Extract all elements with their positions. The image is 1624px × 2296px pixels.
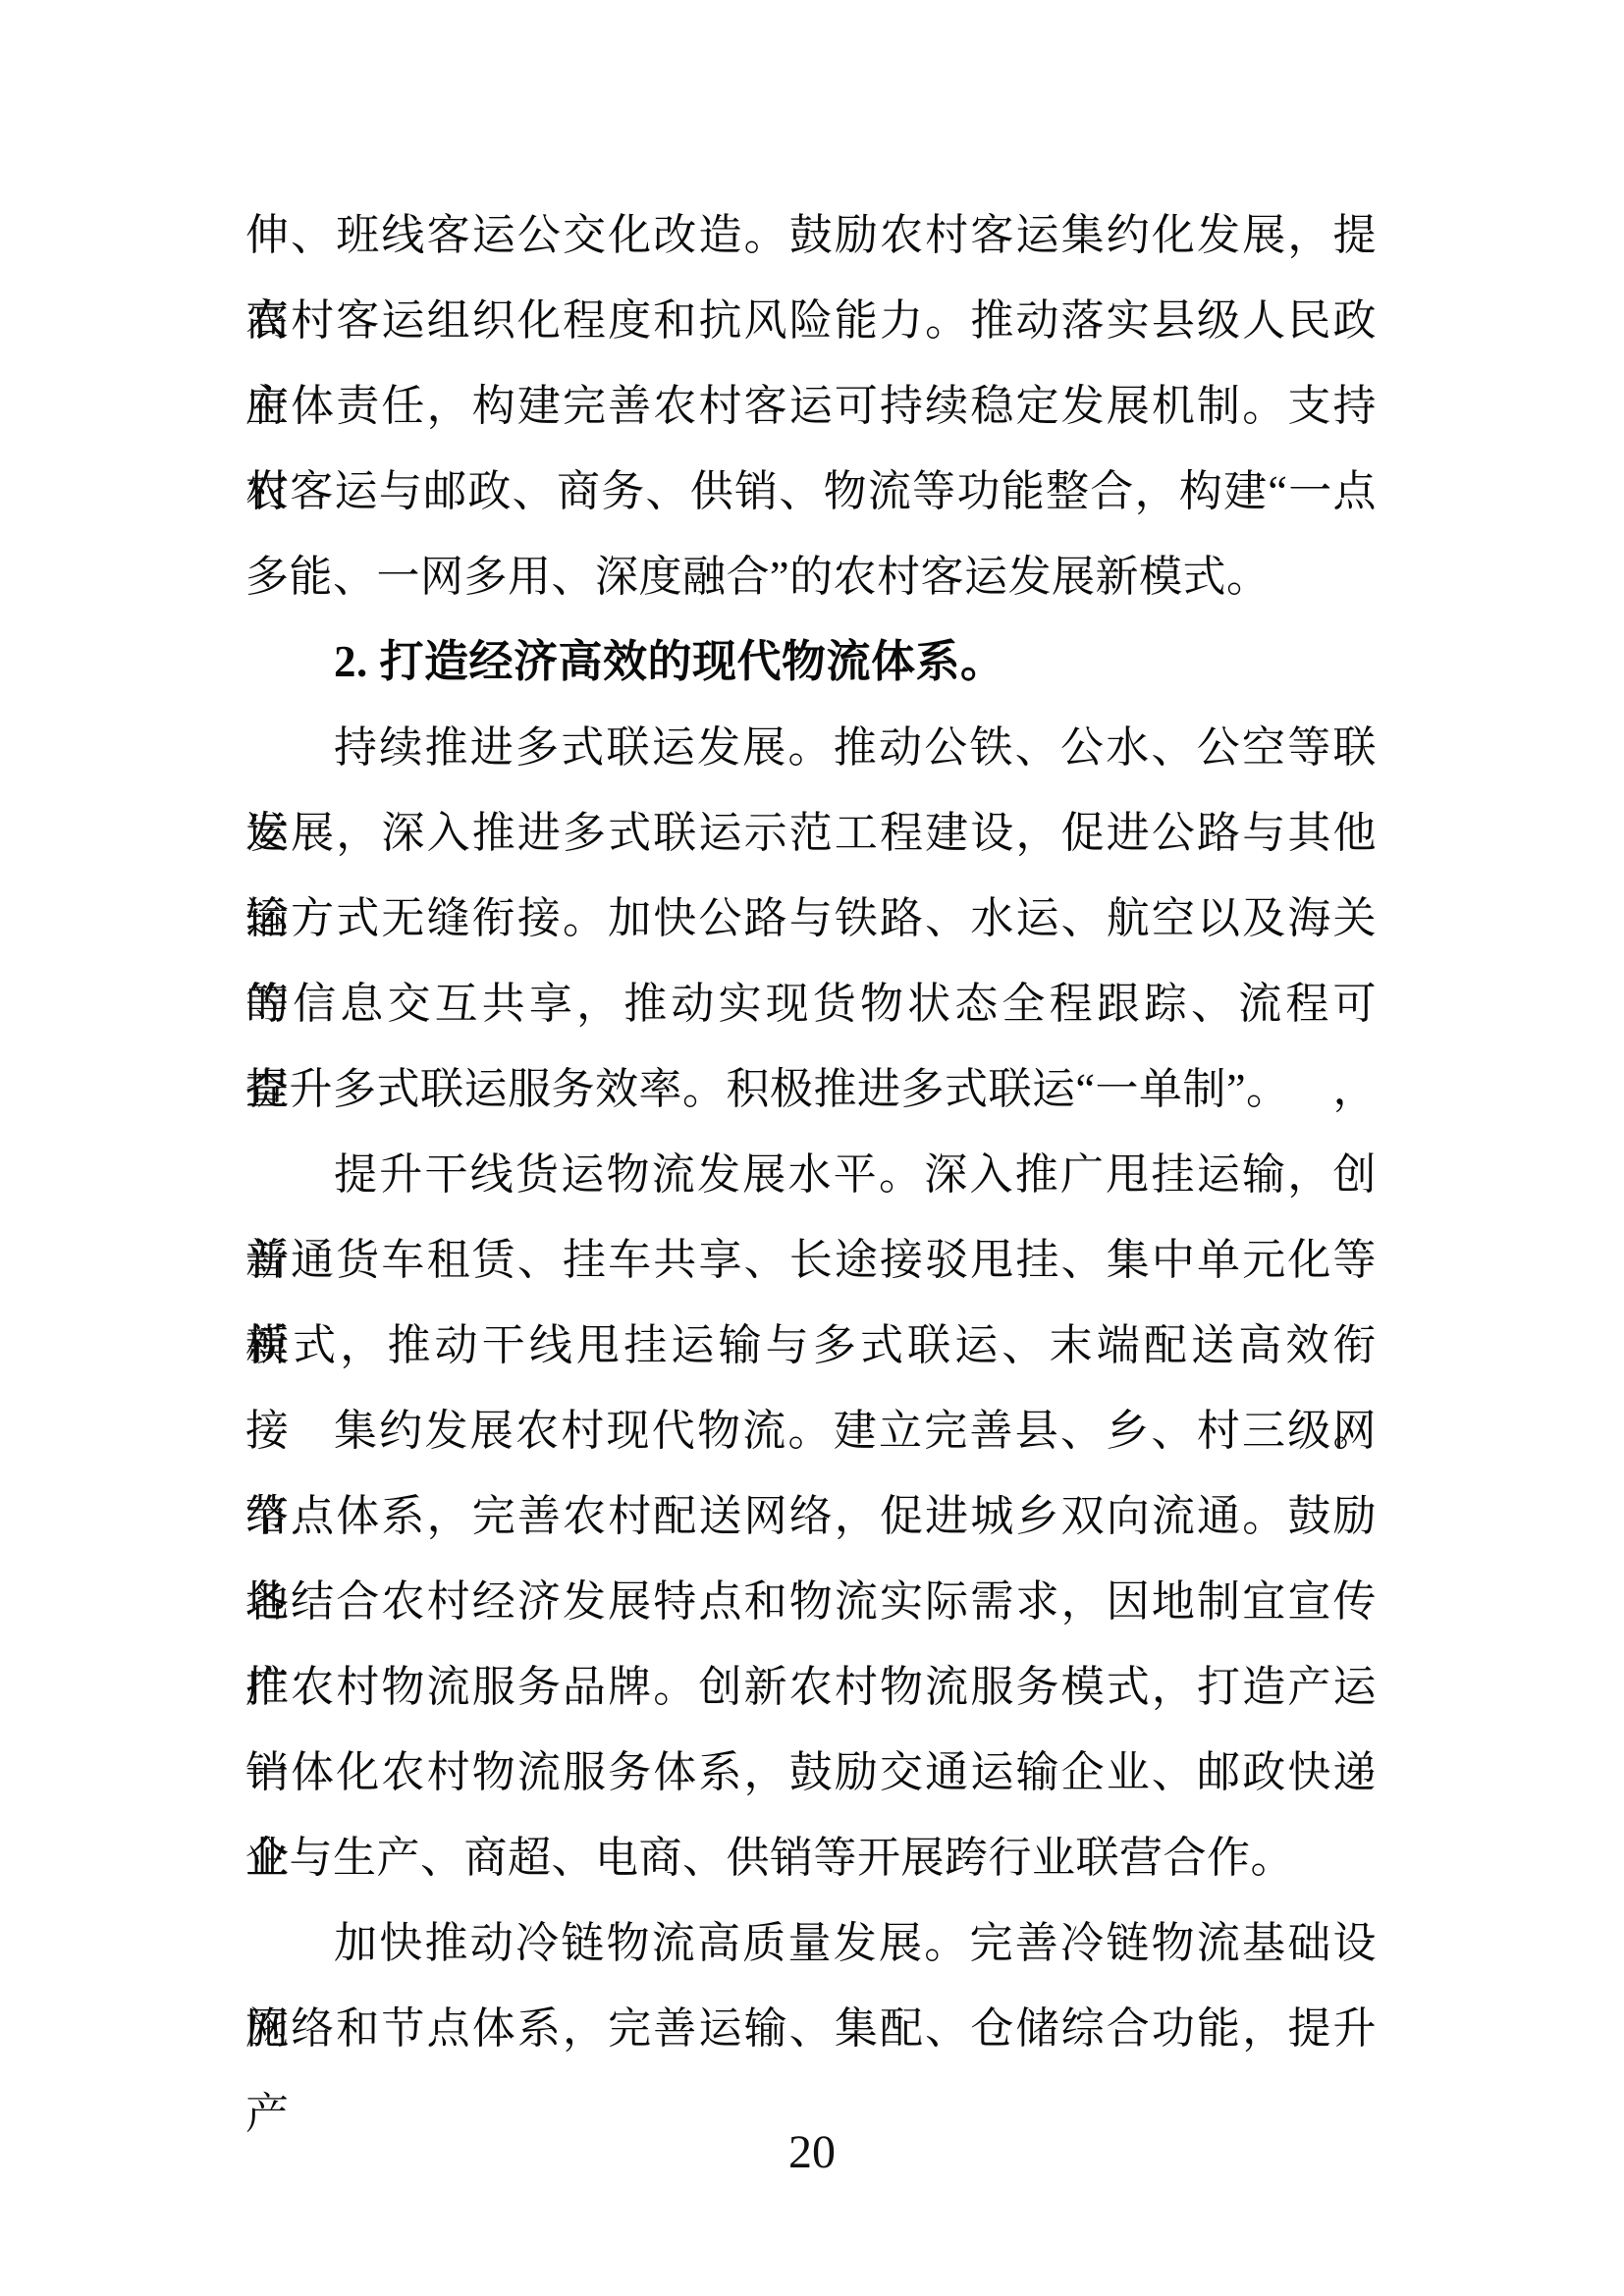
page-footer: 20 — [0, 2123, 1624, 2182]
text-line: 提升干线货运物流发展水平。深入推广甩挂运输，创新 — [245, 1132, 1377, 1217]
section-heading: 2. 打造经济高效的现代物流体系。 — [245, 619, 1377, 705]
text-line: 村客运与邮政、商务、供销、物流等功能整合，构建“一点 — [245, 449, 1377, 534]
document-page: 伸、班线客运公交化改造。鼓励农村客运集约化发展，提高 农村客运组织化程度和抗风险… — [0, 0, 1624, 2296]
text-line: 地结合农村经济发展特点和物流实际需求，因地制宜宣传推 — [245, 1559, 1377, 1644]
text-line: 的信息交互共享，推动实现货物状态全程跟踪、流程可查， — [245, 961, 1377, 1046]
text-line: 多能、一网多用、深度融合”的农村客运发展新模式。 — [245, 534, 1377, 619]
text-line: 业与生产、商超、电商、供销等开展跨行业联营合作。 — [245, 1815, 1377, 1900]
document-body: 伸、班线客运公交化改造。鼓励农村客运集约化发展，提高 农村客运组织化程度和抗风险… — [245, 192, 1377, 2071]
text-line: 输方式无缝衔接。加快公路与铁路、水运、航空以及海关等 — [245, 876, 1377, 961]
text-line: 节点体系，完善农村配送网络，促进城乡双向流通。鼓励各 — [245, 1473, 1377, 1559]
text-line: 持续推进多式联运发展。推动公铁、公水、公空等联运 — [245, 705, 1377, 790]
text-line: 加快推动冷链物流高质量发展。完善冷链物流基础设施 — [245, 1900, 1377, 1986]
text-line: 普通货车租赁、挂车共享、长途接驳甩挂、集中单元化等新 — [245, 1217, 1377, 1303]
text-line: 集约发展农村现代物流。建立完善县、乡、村三级网络 — [245, 1388, 1377, 1473]
text-line: 广农村物流服务品牌。创新农村物流服务模式，打造产运销 — [245, 1644, 1377, 1730]
text-line: 提升多式联运服务效率。积极推进多式联运“一单制”。 — [245, 1046, 1377, 1132]
text-line: 主体责任，构建完善农村客运可持续稳定发展机制。支持农 — [245, 363, 1377, 449]
text-line: 一体化农村物流服务体系，鼓励交通运输企业、邮政快递企 — [245, 1730, 1377, 1815]
text-line: 伸、班线客运公交化改造。鼓励农村客运集约化发展，提高 — [245, 192, 1377, 278]
page-number: 20 — [788, 2126, 836, 2178]
text-line: 发展，深入推进多式联运示范工程建设，促进公路与其他运 — [245, 790, 1377, 876]
text-line: 模式，推动干线甩挂运输与多式联运、末端配送高效衔接。 — [245, 1303, 1377, 1388]
text-line: 农村客运组织化程度和抗风险能力。推动落实县级人民政府 — [245, 278, 1377, 363]
text-line: 网络和节点体系，完善运输、集配、仓储综合功能，提升产 — [245, 1986, 1377, 2071]
